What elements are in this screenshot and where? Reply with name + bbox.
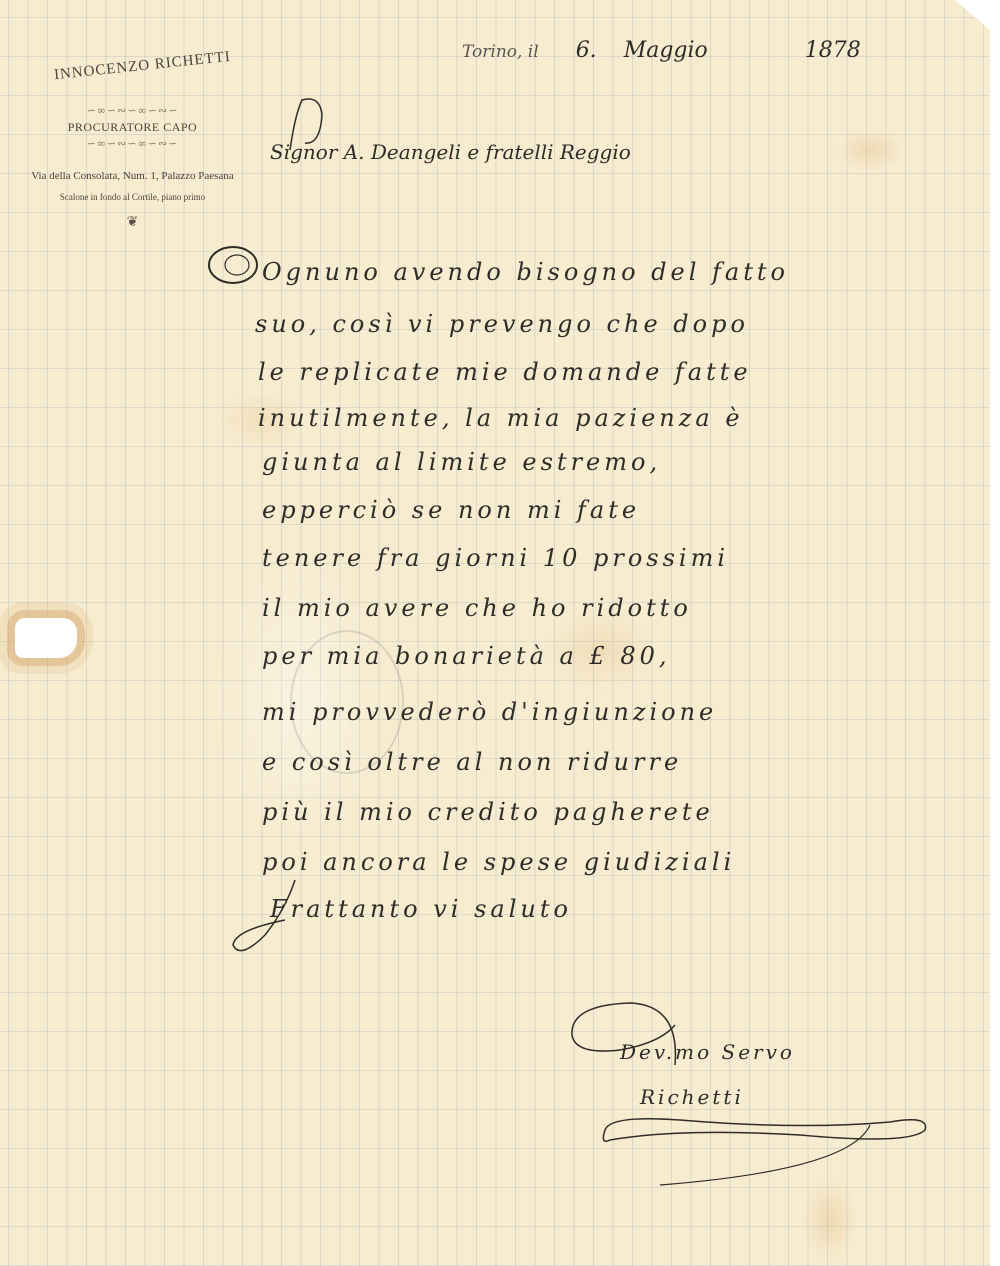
body-line: il mio avere che ho ridotto [262,594,692,622]
letterhead: INNOCENZO RICHETTI ∽∞∽∾∽∞∽∾∽ PROCURATORE… [10,50,255,230]
letterhead-address: Via della Consolata, Num. 1, Palazzo Pae… [10,170,255,182]
date-month: Maggio [624,38,708,63]
initial-o-flourish-icon [205,240,265,290]
body-line: tenere fra giorni 10 prossimi [262,544,729,572]
body-line: giunta al limite estremo, [262,448,661,476]
date-place: Torino, il [462,42,539,62]
body-line: mi provvederò d'ingiunzione [262,698,717,726]
closing-line: Dev.mo Servo [620,1040,795,1064]
body-line: più il mio credito pagherete [262,798,714,826]
signature: Richetti [640,1085,744,1109]
letter-paper: INNOCENZO RICHETTI ∽∞∽∾∽∞∽∾∽ PROCURATORE… [0,0,990,1266]
body-line: per mia bonarietà a £ 80, [262,642,671,670]
signature-underline-flourish-icon [600,1110,930,1190]
body-line: Frattanto vi saluto [270,895,572,923]
letterhead-title: PROCURATORE CAPO [10,120,255,135]
body-line: suo, così vi prevengo che dopo [255,310,749,338]
body-line: epperciò se non mi fate [262,496,640,524]
paper-hole-damage [15,618,77,658]
ornament-icon: ∽∞∽∾∽∞∽∾∽ [10,105,255,117]
body-line: le replicate mie domande fatte [258,358,752,386]
body-line: poi ancora le spese giudiziali [262,848,735,876]
ornament-icon: ∽∞∽∾∽∞∽∾∽ [10,138,255,150]
letterhead-subaddress: Scalone in fondo al Cortile, piano primo [10,192,255,202]
letterhead-name: INNOCENZO RICHETTI [30,46,256,86]
monogram-icon: ❦ [10,214,255,230]
body-line: e così oltre al non ridurre [262,748,682,776]
body-line: inutilmente, la mia pazienza è [258,404,744,432]
salutation: Signor A. Deangeli e fratelli Reggio [270,140,631,164]
body-line: Ognuno avendo bisogno del fatto [262,258,789,286]
dateline: Torino, il 6. Maggio 1878 [462,38,861,63]
date-year: 1878 [805,38,861,63]
letterhead-title-block: ∽∞∽∾∽∞∽∾∽ PROCURATORE CAPO ∽∞∽∾∽∞∽∾∽ [10,97,255,158]
date-day: 6. [576,38,597,63]
